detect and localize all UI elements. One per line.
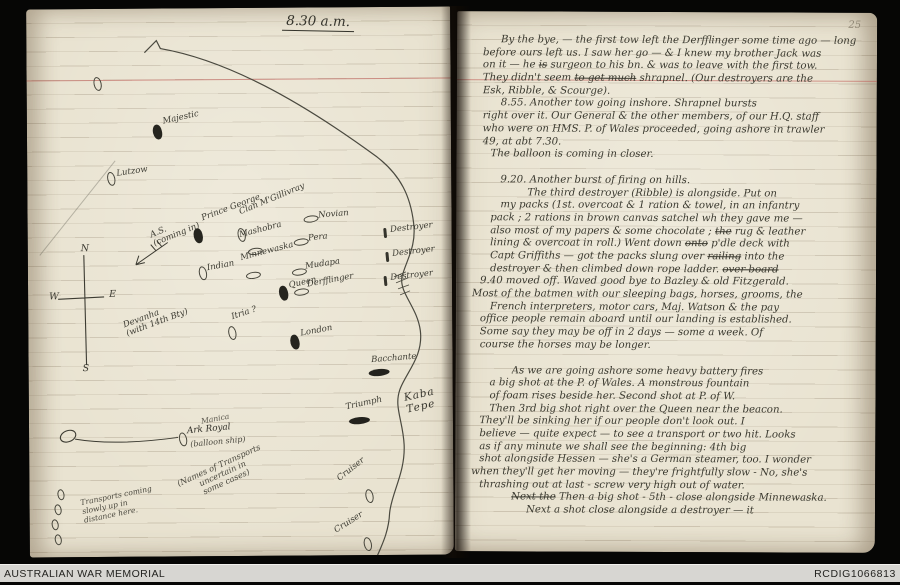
compass-e-label: E [109,289,116,300]
diary-left-page: 8.30 a.m. N W E S MajesticLutzowPrince G… [26,7,454,558]
diary-line: Next a shot close alongside a destroyer … [526,504,869,518]
diary-text-block: By the bye, — the first tow left the Der… [471,34,871,518]
diary-line: course the horses may be longer. [480,339,870,353]
page-number: 25 [848,20,861,31]
compass-cross [58,255,105,365]
balloon-tether-line [75,437,178,442]
compass-n-label: N [81,243,89,254]
compass-w-label: W [49,291,59,302]
diary-right-page: 25 By the bye, — the first tow left the … [455,11,877,553]
pencil-line [39,161,116,256]
diary-line: The balloon is coming in closer. [491,148,871,162]
scanned-diary-photo: 8.30 a.m. N W E S MajesticLutzowPrince G… [0,0,900,585]
archive-id-label: RCDIG1066813 [814,568,896,580]
archive-name-label: AUSTRALIAN WAR MEMORIAL [4,568,165,580]
archive-caption-bar: AUSTRALIAN WAR MEMORIAL RCDIG1066813 [0,564,900,582]
balloon-icon [59,428,78,444]
compass-s-label: S [83,363,90,374]
